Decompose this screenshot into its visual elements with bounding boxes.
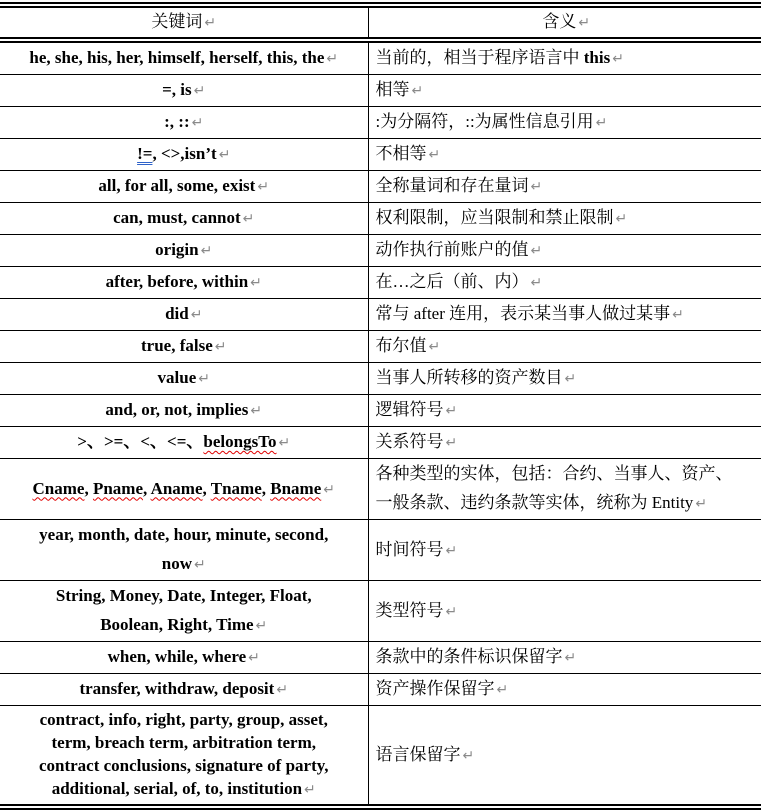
- meaning-cell: 类型符号↵: [368, 581, 761, 642]
- text-segment: 语言保留字: [376, 745, 461, 764]
- text-segment: 不相等: [376, 144, 427, 163]
- meaning-cell: 各种类型的实体，包括：合约、当事人、资产、 一般条款、违约条款等实体，统称为 E…: [368, 459, 761, 520]
- table-row: and, or, not, implies↵逻辑符号↵: [0, 395, 761, 427]
- keyword-cell: he, she, his, her, himself, herself, thi…: [0, 40, 368, 75]
- table-row: did↵常与 after 连用，表示某当事人做过某事↵: [0, 299, 761, 331]
- text-segment: true, false: [141, 336, 213, 355]
- table-row: contract, info, right, party, group, ass…: [0, 706, 761, 808]
- paragraph-mark-icon: ↵: [531, 275, 543, 291]
- text-segment: 相等: [376, 80, 410, 99]
- paragraph-mark-icon: ↵: [198, 371, 210, 387]
- table-row: Cname, Pname, Aname, Tname, Bname↵各种类型的实…: [0, 459, 761, 520]
- meaning-cell: 动作执行前账户的值↵: [368, 235, 761, 267]
- paragraph-mark-icon: ↵: [191, 307, 203, 323]
- text-segment: Pname: [93, 479, 143, 498]
- paragraph-mark-icon: ↵: [497, 682, 509, 698]
- paragraph-mark-icon: ↵: [446, 435, 458, 451]
- table-header: 关键词↵ 含义↵: [0, 5, 761, 40]
- meaning-cell: 常与 after 连用，表示某当事人做过某事↵: [368, 299, 761, 331]
- text-segment: 当事人所转移的资产数目: [376, 368, 563, 387]
- paragraph-mark-icon: ↵: [276, 682, 288, 698]
- text-segment: contract, info, right, party, group, ass…: [39, 710, 329, 798]
- text-segment: ,: [84, 479, 93, 498]
- text-segment: , <>,isn’t: [152, 144, 216, 163]
- text-segment: belongsTo: [203, 432, 276, 451]
- text-segment: Cname: [33, 479, 85, 498]
- text-segment: 布尔值: [376, 336, 427, 355]
- text-segment: 权利限制，应当限制和禁止限制: [376, 208, 614, 227]
- meaning-cell: 在…之后（前、内）↵: [368, 267, 761, 299]
- keyword-cell: :, ::↵: [0, 107, 368, 139]
- paragraph-mark-icon: ↵: [463, 748, 475, 764]
- paragraph-mark-icon: ↵: [250, 275, 262, 291]
- text-segment: ,: [143, 479, 151, 498]
- text-segment: can, must, cannot: [113, 208, 241, 227]
- paragraph-mark-icon: ↵: [565, 371, 577, 387]
- meaning-cell: :为分隔符，::为属性信息引用↵: [368, 107, 761, 139]
- table-row: true, false↵布尔值↵: [0, 331, 761, 363]
- meaning-cell: 逻辑符号↵: [368, 395, 761, 427]
- text-segment: transfer, withdraw, deposit: [79, 679, 274, 698]
- paragraph-mark-icon: ↵: [278, 435, 290, 451]
- text-segment: origin: [155, 240, 198, 259]
- paragraph-mark-icon: ↵: [256, 618, 268, 634]
- keyword-cell: when, while, where↵: [0, 642, 368, 674]
- text-segment: String, Money, Date, Integer, Float, Boo…: [56, 586, 312, 634]
- text-segment: value: [158, 368, 197, 387]
- keyword-cell: >、>=、<、<=、belongsTo↵: [0, 427, 368, 459]
- keyword-cell: and, or, not, implies↵: [0, 395, 368, 427]
- meaning-cell: 权利限制，应当限制和禁止限制↵: [368, 203, 761, 235]
- table-row: value↵当事人所转移的资产数目↵: [0, 363, 761, 395]
- text-segment: 当前的，相当于程序语言中: [376, 48, 584, 67]
- meaning-cell: 资产操作保留字↵: [368, 674, 761, 706]
- paragraph-mark-icon: ↵: [243, 211, 255, 227]
- paragraph-mark-icon: ↵: [531, 179, 543, 195]
- keyword-cell: can, must, cannot↵: [0, 203, 368, 235]
- paragraph-mark-icon: ↵: [565, 650, 577, 666]
- keyword-cell: String, Money, Date, Integer, Float, Boo…: [0, 581, 368, 642]
- text-segment: Bname: [270, 479, 321, 498]
- header-row: 关键词↵ 含义↵: [0, 5, 761, 40]
- meaning-cell: 关系符号↵: [368, 427, 761, 459]
- table-row: =, is↵相等↵: [0, 75, 761, 107]
- text-segment: 各种类型的实体，包括：合约、当事人、资产、 一般条款、违约条款等实体，统称为 E…: [376, 464, 733, 512]
- text-segment: 常与 after 连用，表示某当事人做过某事: [376, 304, 671, 323]
- document-page: 关键词↵ 含义↵ he, she, his, her, himself, her…: [0, 0, 761, 810]
- text-segment: this: [584, 48, 610, 67]
- text-segment: >、>=、<、<=、: [77, 432, 203, 451]
- meaning-cell: 当前的，相当于程序语言中 this↵: [368, 40, 761, 75]
- text-segment: 资产操作保留字: [376, 679, 495, 698]
- meaning-cell: 全称量词和存在量词↵: [368, 171, 761, 203]
- paragraph-mark-icon: ↵: [612, 51, 624, 67]
- table-row: can, must, cannot↵权利限制，应当限制和禁止限制↵: [0, 203, 761, 235]
- table-row: String, Money, Date, Integer, Float, Boo…: [0, 581, 761, 642]
- meaning-cell: 时间符号↵: [368, 520, 761, 581]
- meaning-cell: 当事人所转移的资产数目↵: [368, 363, 761, 395]
- paragraph-mark-icon: ↵: [215, 339, 227, 355]
- paragraph-mark-icon: ↵: [429, 339, 441, 355]
- table-row: all, for all, some, exist↵全称量词和存在量词↵: [0, 171, 761, 203]
- keyword-cell: transfer, withdraw, deposit↵: [0, 674, 368, 706]
- paragraph-mark-icon: ↵: [446, 403, 458, 419]
- keyword-meaning-table: 关键词↵ 含义↵ he, she, his, her, himself, her…: [0, 2, 761, 810]
- paragraph-mark-icon: ↵: [194, 557, 206, 573]
- text-segment: 时间符号: [376, 540, 444, 559]
- table-row: he, she, his, her, himself, herself, thi…: [0, 40, 761, 75]
- paragraph-mark-icon: ↵: [531, 243, 543, 259]
- text-segment: 类型符号: [376, 601, 444, 620]
- keyword-cell: all, for all, some, exist↵: [0, 171, 368, 203]
- table-row: :, ::↵:为分隔符，::为属性信息引用↵: [0, 107, 761, 139]
- keyword-cell: !=, <>,isn’t↵: [0, 139, 368, 171]
- text-segment: 条款中的条件标识保留字: [376, 647, 563, 666]
- paragraph-mark-icon: ↵: [578, 15, 590, 31]
- paragraph-mark-icon: ↵: [323, 482, 335, 498]
- paragraph-mark-icon: ↵: [672, 307, 684, 323]
- header-meaning-cell: 含义↵: [368, 5, 761, 40]
- text-segment: =, is: [162, 80, 192, 99]
- paragraph-mark-icon: ↵: [616, 211, 628, 227]
- text-segment: 在…之后（前、内）: [376, 272, 529, 291]
- paragraph-mark-icon: ↵: [429, 147, 441, 163]
- text-segment: all, for all, some, exist: [98, 176, 255, 195]
- paragraph-mark-icon: ↵: [219, 147, 231, 163]
- paragraph-mark-icon: ↵: [304, 782, 316, 798]
- keyword-cell: true, false↵: [0, 331, 368, 363]
- text-segment: :, ::: [164, 112, 189, 131]
- paragraph-mark-icon: ↵: [194, 83, 206, 99]
- meaning-cell: 相等↵: [368, 75, 761, 107]
- table-row: origin↵动作执行前账户的值↵: [0, 235, 761, 267]
- header-keyword-label: 关键词: [151, 12, 202, 31]
- text-segment: did: [165, 304, 189, 323]
- text-segment: 全称量词和存在量词: [376, 176, 529, 195]
- text-segment: when, while, where: [108, 647, 247, 666]
- keyword-cell: contract, info, right, party, group, ass…: [0, 706, 368, 808]
- paragraph-mark-icon: ↵: [250, 403, 262, 419]
- keyword-cell: did↵: [0, 299, 368, 331]
- header-keyword-cell: 关键词↵: [0, 5, 368, 40]
- keyword-cell: year, month, date, hour, minute, second,…: [0, 520, 368, 581]
- text-segment: after, before, within: [106, 272, 249, 291]
- paragraph-mark-icon: ↵: [204, 15, 216, 31]
- text-segment: 逻辑符号: [376, 400, 444, 419]
- paragraph-mark-icon: ↵: [192, 115, 204, 131]
- text-segment: ,: [262, 479, 271, 498]
- table-row: when, while, where↵条款中的条件标识保留字↵: [0, 642, 761, 674]
- text-segment: he, she, his, her, himself, herself, thi…: [29, 48, 324, 67]
- keyword-cell: after, before, within↵: [0, 267, 368, 299]
- paragraph-mark-icon: ↵: [326, 51, 338, 67]
- text-segment: year, month, date, hour, minute, second,…: [39, 525, 328, 573]
- text-segment: !=: [137, 144, 152, 163]
- table-body: he, she, his, her, himself, herself, thi…: [0, 40, 761, 807]
- text-segment: 关系符号: [376, 432, 444, 451]
- table-row: after, before, within↵在…之后（前、内）↵: [0, 267, 761, 299]
- paragraph-mark-icon: ↵: [695, 496, 707, 512]
- meaning-cell: 不相等↵: [368, 139, 761, 171]
- paragraph-mark-icon: ↵: [257, 179, 269, 195]
- table-row: >、>=、<、<=、belongsTo↵关系符号↵: [0, 427, 761, 459]
- paragraph-mark-icon: ↵: [446, 604, 458, 620]
- table-row: transfer, withdraw, deposit↵资产操作保留字↵: [0, 674, 761, 706]
- text-segment: ,: [203, 479, 211, 498]
- text-segment: 动作执行前账户的值: [376, 240, 529, 259]
- text-segment: :为分隔符，::为属性信息引用: [376, 112, 594, 131]
- keyword-cell: Cname, Pname, Aname, Tname, Bname↵: [0, 459, 368, 520]
- paragraph-mark-icon: ↵: [201, 243, 213, 259]
- header-meaning-label: 含义: [542, 12, 576, 31]
- paragraph-mark-icon: ↵: [596, 115, 608, 131]
- text-segment: Aname: [151, 479, 203, 498]
- meaning-cell: 语言保留字↵: [368, 706, 761, 808]
- keyword-cell: value↵: [0, 363, 368, 395]
- paragraph-mark-icon: ↵: [412, 83, 424, 99]
- paragraph-mark-icon: ↵: [446, 543, 458, 559]
- text-segment: and, or, not, implies: [105, 400, 248, 419]
- meaning-cell: 布尔值↵: [368, 331, 761, 363]
- keyword-cell: =, is↵: [0, 75, 368, 107]
- keyword-cell: origin↵: [0, 235, 368, 267]
- table-row: !=, <>,isn’t↵不相等↵: [0, 139, 761, 171]
- text-segment: Tname: [211, 479, 262, 498]
- paragraph-mark-icon: ↵: [248, 650, 260, 666]
- meaning-cell: 条款中的条件标识保留字↵: [368, 642, 761, 674]
- table-row: year, month, date, hour, minute, second,…: [0, 520, 761, 581]
